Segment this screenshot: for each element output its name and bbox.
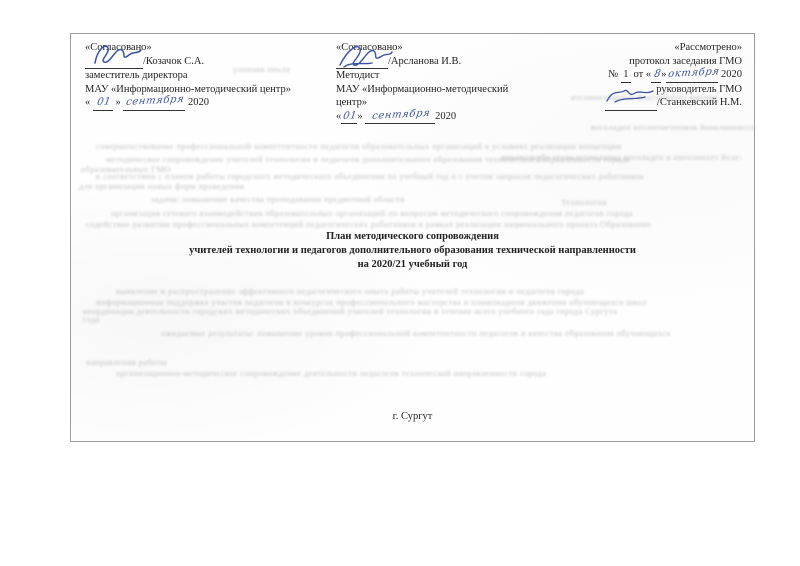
review-block-right: «Рассмотрено» протокол заседания ГМО № 1… xyxy=(522,41,742,111)
bleedthrough-line: направления работы xyxy=(86,357,186,367)
organization-line1: МАУ «Информационно-методический xyxy=(336,83,551,97)
bleedthrough-line: ожидаемые результаты: повышение уровня п… xyxy=(161,328,741,338)
document-sheet: «Согласовано» /Козачок С.А. заместитель … xyxy=(70,33,755,442)
from-word: от xyxy=(634,69,644,80)
signatory-position: Методист xyxy=(336,69,551,83)
signatory-position: заместитель директора xyxy=(85,69,341,83)
bleedthrough-line: координация деятельности городских метод… xyxy=(83,306,743,316)
signature-area xyxy=(85,55,143,70)
signatory-name: /Станкевский Н.М. xyxy=(657,97,742,108)
date-year: 2020 xyxy=(435,111,456,122)
bleedthrough-line: для организации новых форм проведения xyxy=(79,181,294,191)
date-year: 2020 xyxy=(721,69,742,80)
signatory-name: /Арсланова И.В. xyxy=(388,56,461,67)
signature-line: /Козачок С.А. xyxy=(85,55,341,70)
date-year: 2020 xyxy=(188,97,209,108)
approval-block-left: «Согласовано» /Козачок С.А. заместитель … xyxy=(85,41,341,111)
protocol-number: 1 xyxy=(623,69,628,80)
bleedthrough-line: выявление и распространение эффективного… xyxy=(116,286,646,296)
bleedthrough-line: совершенствование профессиональной компе… xyxy=(96,141,641,151)
handwritten-month: октября xyxy=(667,65,721,81)
quote-close: » xyxy=(357,111,362,122)
organization: МАУ «Информационно-методический центр» xyxy=(85,83,341,97)
title-line2: учителей технологии и педагогов дополнит… xyxy=(71,244,754,258)
quote-open: « xyxy=(85,97,90,108)
number-sign: № xyxy=(608,69,618,80)
bleedthrough-line: Технология xyxy=(561,197,651,207)
scanned-document-page: «Согласовано» /Козачок С.А. заместитель … xyxy=(0,0,800,566)
protocol-number-date-line: № 1 от «8»октября 2020 xyxy=(522,68,742,83)
signature-line: /Арсланова И.В. xyxy=(336,55,551,70)
bleedthrough-line: задачи: повышение качества преподавания … xyxy=(151,194,481,204)
head-line: руководитель ГМО xyxy=(522,83,742,97)
document-title: План методического сопровождения учителе… xyxy=(71,230,754,272)
bleedthrough-line: методическое сопровождение учителей техн… xyxy=(106,154,746,164)
handwritten-month: сентября xyxy=(371,106,431,123)
signature-area xyxy=(336,55,388,70)
handwritten-month: сентября xyxy=(125,93,185,110)
handwritten-day: 01 xyxy=(342,109,358,123)
approved-label: «Согласовано» xyxy=(336,41,551,55)
title-line1: План методического сопровождения xyxy=(71,230,754,244)
date-line: «01» сентября2020 xyxy=(336,110,551,125)
bleedthrough-line: воголадеп итсонтнетепмок йоньланоиссефор… xyxy=(591,122,756,132)
bleedthrough-line: организационно-методическое сопровождени… xyxy=(116,368,691,378)
reviewed-label: «Рассмотрено» xyxy=(522,41,742,55)
title-line3: на 2020/21 учебный год xyxy=(71,258,754,272)
bleedthrough-line: года xyxy=(83,314,118,324)
approved-label: «Согласовано» xyxy=(85,41,341,55)
organization-line2: центр» xyxy=(336,96,551,110)
city-label: г. Сургут xyxy=(71,411,754,422)
date-line: « 01 » сентября 2020 xyxy=(85,96,341,111)
quote-close: » xyxy=(116,97,121,108)
signature-area xyxy=(605,96,657,111)
bleedthrough-line: организация сетевого взаимодействия обра… xyxy=(111,208,746,218)
bleedthrough-line: содействие развитию профессиональных ком… xyxy=(86,219,746,229)
handwritten-day: 01 xyxy=(96,95,112,109)
signature-line: /Станкевский Н.М. xyxy=(522,96,742,111)
bleedthrough-line: в соответствии с планом работы городског… xyxy=(96,171,746,181)
approval-block-middle: «Согласовано» /Арсланова И.В. Методист М… xyxy=(336,41,551,124)
signatory-name: /Козачок С.А. xyxy=(143,56,204,67)
